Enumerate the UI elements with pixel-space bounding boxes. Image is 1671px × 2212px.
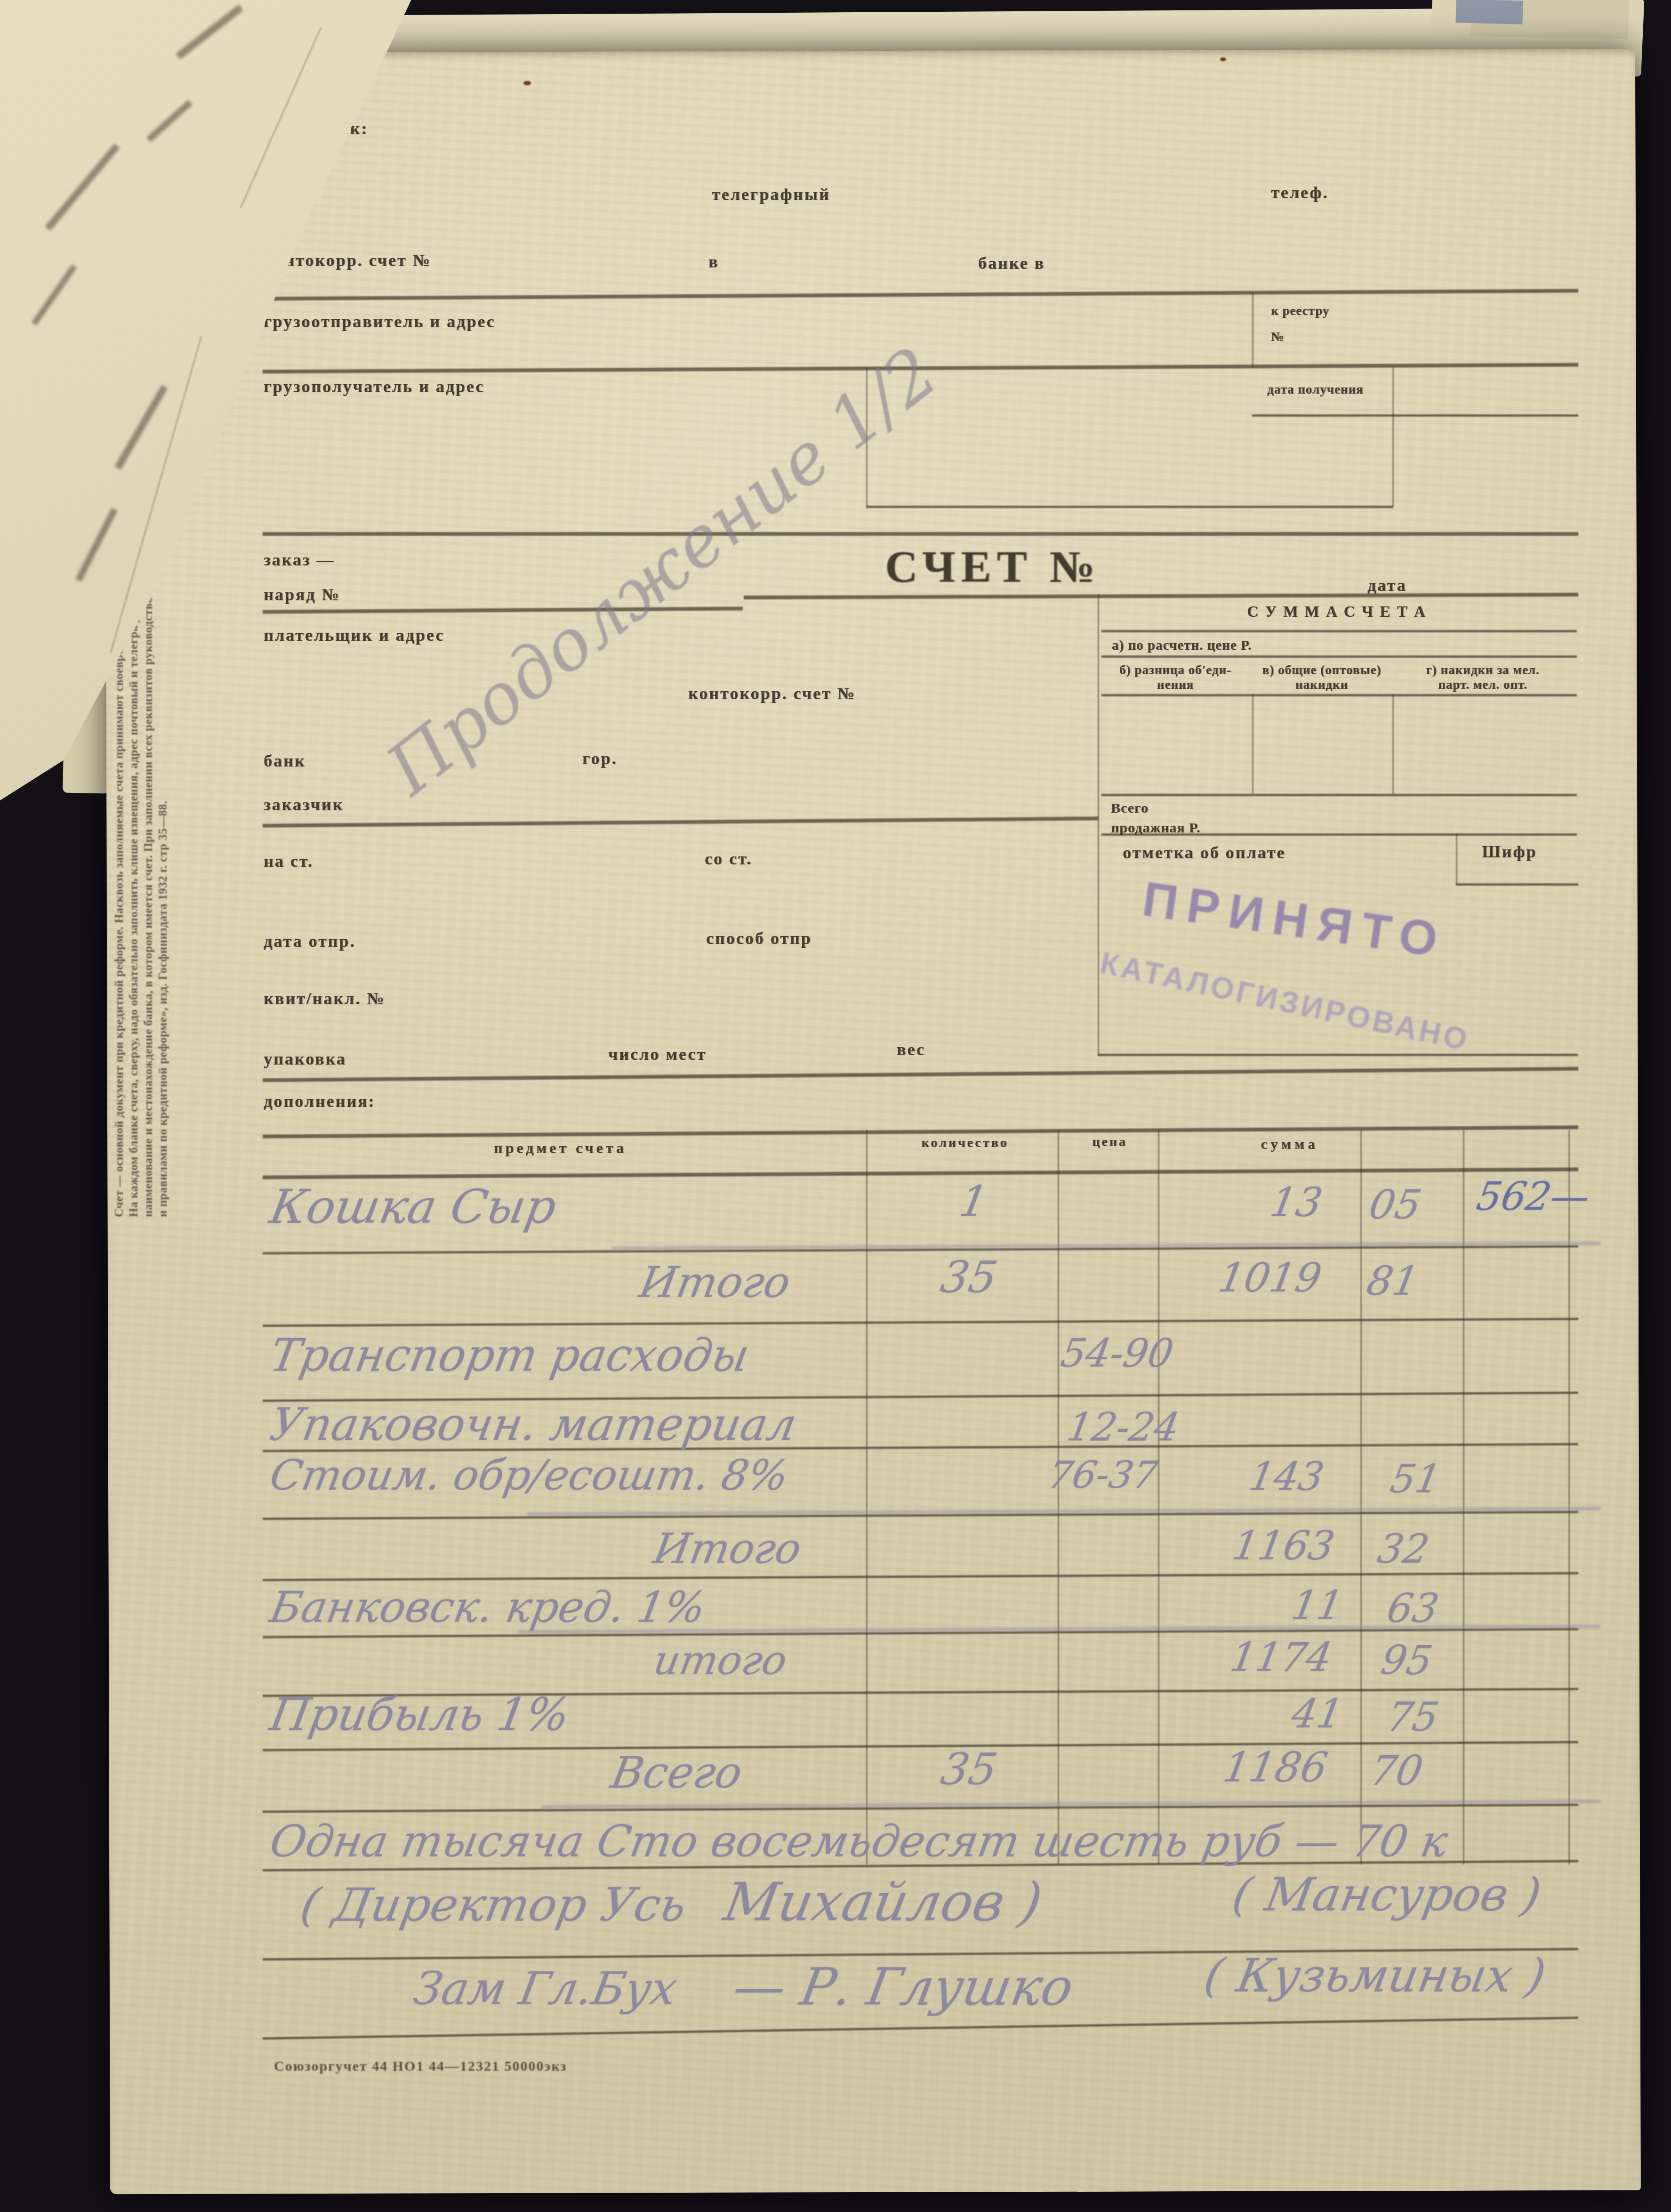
paper-speck [1220, 57, 1226, 61]
cell-border [1392, 694, 1394, 794]
customer-label: заказчик [264, 795, 344, 815]
table-col-border [1360, 1130, 1362, 1865]
row-item: Итого [650, 1525, 805, 1573]
receive-date-label: дата получения [1267, 382, 1364, 397]
from-station-label: со ст. [705, 849, 752, 869]
row-kop: 63 [1383, 1586, 1442, 1632]
date-label: дата [1367, 575, 1406, 595]
row-kop: 32 [1374, 1526, 1432, 1573]
bank-label: банк [264, 751, 305, 771]
receipt-label: квит/накл. № [264, 989, 385, 1009]
consignor-label: грузоотправитель и адрес [264, 312, 496, 331]
bank-in-label: банке в [978, 253, 1045, 273]
row-item: Кошка Сыр [266, 1179, 561, 1235]
table-col-border [1058, 1130, 1059, 1865]
cell-border [1252, 414, 1578, 417]
naryad-label: наряд № [264, 585, 340, 605]
city-label: гор. [582, 749, 617, 768]
row-rub: 1019 [1215, 1255, 1325, 1301]
illegible-print-fragment [146, 100, 193, 143]
cipher-box-border [1456, 883, 1578, 886]
paper-speck [523, 81, 531, 85]
illegible-print-fragment [45, 144, 120, 231]
row-rub: 11 [1288, 1583, 1346, 1629]
rule-line [1101, 694, 1577, 696]
row-qty: 35 [937, 1252, 1001, 1303]
row-rub: 1186 [1220, 1744, 1331, 1792]
row-qty: 35 [937, 1744, 1001, 1795]
invoice-title: СЧЕТ № [885, 541, 1101, 593]
signature-director-label: ( Директор Усь [297, 1879, 690, 1932]
rule-line [1101, 630, 1577, 632]
row-item: Банковск. кред. 1% [266, 1583, 709, 1632]
sum-selling-label: продажная Р. [1111, 820, 1200, 836]
rule-line [263, 532, 1578, 536]
illegible-print-fragment [32, 264, 77, 325]
ship-method-label: способ отпр [706, 928, 812, 948]
cell-border [1252, 694, 1253, 794]
row-kop: 81 [1363, 1258, 1422, 1305]
signature-right-1: ( Мансуров ) [1229, 1868, 1545, 1922]
row-item: Прибыль 1% [266, 1689, 573, 1741]
signature-accountant-label: Зам Гл.Бух [410, 1963, 681, 2015]
consignee-label: грузополучатель и адрес [264, 377, 484, 396]
on-station-label: на ст. [264, 851, 313, 871]
row-kop: 05 [1366, 1182, 1425, 1228]
weight-label: вес [897, 1040, 925, 1059]
row-item: Стоим. обр/есошт. 8% [266, 1451, 792, 1500]
telegraph-label: телеграфный [712, 185, 830, 204]
gray-paper-sliver [1455, 0, 1523, 24]
sum-col-v-label: в) общие (оптовые) накидки [1253, 663, 1390, 692]
signature-right-2: ( Кузьминых ) [1200, 1949, 1550, 2003]
row-price: 76-37 [1045, 1453, 1161, 1497]
illegible-print-fragment [75, 508, 118, 582]
paper-crease [240, 27, 322, 209]
sum-box-left-border [1098, 594, 1099, 1055]
rule-line [1098, 1054, 1578, 1056]
row-rub: 143 [1246, 1455, 1327, 1500]
sum-col-b-label: б) разница об'еди- нения [1101, 663, 1250, 692]
cipher-label: Шифр [1482, 842, 1537, 862]
row-item: Упаковочн. материал [266, 1399, 800, 1451]
col-header-price: цена [1061, 1135, 1158, 1150]
row-kop: 75 [1383, 1694, 1442, 1740]
registry-label: к реестру [1271, 304, 1329, 318]
cell-border [1252, 293, 1253, 367]
col-header-qty: количество [876, 1136, 1054, 1151]
row-item: Всего [608, 1748, 746, 1798]
registry-no-label: № [1271, 330, 1284, 344]
row-rub: 13 [1267, 1179, 1326, 1226]
col-header-item: предмет счета [410, 1139, 711, 1157]
col-header-sum: сумма [1196, 1137, 1384, 1153]
print-shop-imprint: Союзоргучет 44 НО1 44—12321 50000экз [274, 2059, 567, 2075]
account-in-label: в [708, 252, 719, 272]
packing-label: упаковка [264, 1049, 346, 1069]
order-label: заказ — [264, 550, 335, 570]
row-item: Транспорт расходы [266, 1330, 753, 1382]
sum-box-title: С У М М А С Ч Е Т А [1111, 604, 1563, 621]
table-col-border [866, 1130, 868, 1865]
row-rub: 41 [1288, 1691, 1346, 1737]
signature-director-sign: Михайлов ) [720, 1872, 1047, 1933]
row-item: итого [650, 1638, 790, 1684]
table-col-border [1463, 1130, 1464, 1865]
sum-total-label: Всего [1111, 800, 1149, 816]
row-price: 12-24 [1064, 1405, 1183, 1450]
sum-col-g-label: г) накидки за мел. парт. мел. опт. [1393, 663, 1572, 692]
cell-border [1392, 367, 1394, 507]
account2-label: контокорр. счет № [688, 684, 856, 703]
sum-row-a-label: а) по расчетн. цене Р. [1112, 638, 1252, 654]
row-kop: 51 [1387, 1457, 1444, 1502]
illegible-print-fragment [176, 4, 243, 59]
row-item: Итого [636, 1258, 794, 1308]
row-kop: 70 [1366, 1748, 1426, 1795]
rule-line [1101, 794, 1577, 796]
payment-mark-label: отметка об оплате [1123, 843, 1285, 863]
table-col-border [1158, 1130, 1159, 1865]
cell-border [866, 506, 1393, 508]
places-label: число мест [608, 1044, 707, 1064]
cipher-box-border [1456, 833, 1457, 884]
row-margin-note: 562— [1473, 1175, 1593, 1219]
signature-accountant-sign: — Р. Глушко [729, 1958, 1077, 2017]
scanned-document-page: Счет — основной документ при кредитной р… [0, 0, 1671, 2212]
table-col-border [1568, 1130, 1570, 1865]
row-rub: 1163 [1229, 1523, 1338, 1569]
rule-line [1101, 655, 1577, 658]
amount-in-words: Одна тысяча Сто восемьдесят шесть руб — … [266, 1816, 1452, 1867]
row-rub: 1174 [1227, 1635, 1335, 1681]
payer-label: плательщик и адрес [264, 625, 444, 645]
ship-date-label: дата отпр. [264, 931, 355, 951]
row-price: 54-90 [1058, 1332, 1177, 1376]
illegible-print-fragment [115, 385, 168, 470]
row-kop: 95 [1377, 1638, 1436, 1684]
phone-label: телеф. [1271, 183, 1328, 202]
additions-label: дополнения: [264, 1091, 375, 1111]
